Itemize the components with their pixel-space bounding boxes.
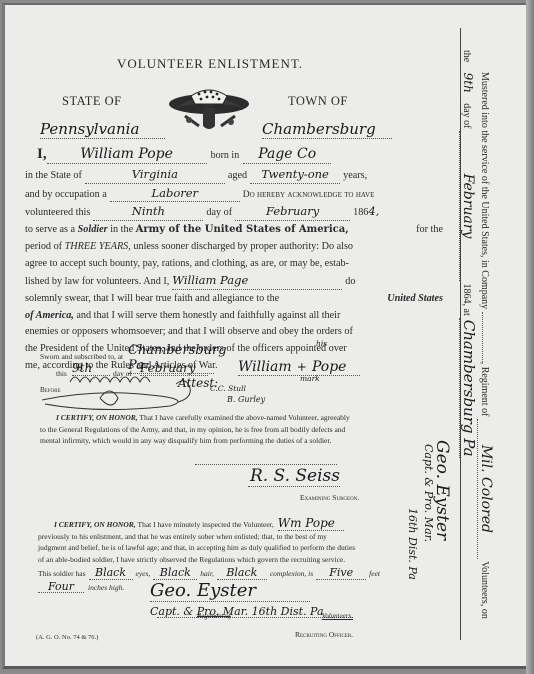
muster-signature: Geo. Eyster [432, 440, 452, 540]
do-label: do [345, 274, 355, 291]
company-blank [482, 312, 483, 362]
eagle-emblem-icon [165, 82, 253, 138]
signer-mark: + [297, 360, 307, 374]
year-suffix: 4, [368, 203, 379, 220]
agree-line: agree to accept such bounty, pay, ration… [25, 256, 349, 273]
volunteer-signature: William + Pope [238, 356, 360, 376]
soldier-has-label: This soldier has [38, 568, 86, 580]
inspected-volunteer-name: Wm Pope [278, 518, 344, 531]
feet-value: Five [316, 567, 366, 580]
state-label: STATE OF [62, 94, 122, 109]
muster-day-of-label: day of [461, 103, 472, 128]
his-label: his [316, 339, 327, 348]
muster-day-value: 9th [460, 65, 475, 101]
state-value: Pennsylvania [40, 120, 165, 139]
muster-text-mid: , Regiment of [479, 362, 490, 417]
occupation-value: Laborer [110, 185, 240, 203]
muster-regiment-value: Mil. Colored [477, 419, 494, 559]
mark-label: mark [300, 374, 320, 383]
muster-text-prefix: Mustered into the service of the United … [479, 72, 490, 309]
birth-state-value: Virginia [85, 166, 225, 184]
muster-line-1: Mustered into the service of the United … [477, 72, 494, 619]
town-value: Chambersburg [262, 120, 392, 139]
surgeon-text-2: to the General Regulations of the Army, … [40, 424, 440, 436]
born-in-label: born in [211, 148, 240, 165]
muster-signature-dist: 16th Dist. Pa [406, 508, 419, 580]
feet-label: feet [369, 568, 380, 580]
muster-the-label: the [461, 50, 472, 62]
lished-prefix: lished by law for volunteers. And I, [25, 274, 169, 291]
surgeon-certify-prefix: I CERTIFY, ON HONOR, [56, 413, 138, 422]
muster-year-label: 1864, at [461, 284, 472, 316]
age-value: Twenty-one [250, 166, 340, 184]
recruiter-text-1: That I have minutely inspected the Volun… [138, 519, 274, 531]
serve-text-3: for the [416, 222, 443, 239]
regiment-of-label: Regiment of [197, 611, 231, 623]
hair-label: hair, [200, 568, 214, 580]
of-america-text: of America, [25, 308, 74, 325]
serve-text: to serve as a [25, 224, 75, 235]
surgeon-certification: I CERTIFY, ON HONOR, That I have careful… [40, 412, 440, 447]
muster-place-value: Chambersburg Pa [459, 318, 478, 458]
recruiter-text-4: of an able-bodied soldier, I have strict… [38, 554, 443, 566]
recruiter-signature: Geo. Eyster [150, 580, 310, 602]
year-prefix: 186 [353, 205, 368, 222]
period-rest: unless sooner discharged by proper autho… [133, 239, 353, 256]
period-prefix: period of [25, 239, 62, 256]
volunteered-label: volunteered this [25, 205, 90, 222]
surgeon-signature-line-top [195, 464, 337, 465]
army-text: Army of the United States of America, [136, 224, 349, 235]
eyes-label: eyes, [136, 568, 151, 580]
complexion-label: complexion, is [270, 568, 313, 580]
serve-text-2: in the [110, 224, 133, 235]
muster-text-suffix: Volunteers, on [479, 561, 490, 619]
i-label: I, [37, 146, 47, 163]
surgeon-text-3: mental infirmity, which would in any way… [40, 435, 440, 447]
signer-last-name: Pope [312, 359, 347, 375]
witness-1: C.C. Stull [210, 384, 246, 393]
enlistment-body: I, William Pope born in Page Co in the S… [25, 146, 443, 374]
faith-text: and that I will serve them honestly and … [76, 308, 340, 325]
enlist-day-value: Ninth [93, 203, 203, 221]
recruiting-officer-title: Recruiting Officer. [295, 629, 353, 641]
three-years-text: THREE YEARS, [65, 239, 131, 256]
town-label: TOWN OF [288, 94, 348, 109]
eyes-value: Black [89, 567, 133, 580]
witness-2: B. Gurley [227, 395, 265, 404]
oath-name-value: William Page [172, 272, 342, 290]
page-edge-shadow [526, 0, 534, 674]
swear-text: solemnly swear, that I will bear true fa… [25, 291, 279, 308]
acknowledge-label: Do hereby acknowledge to have [243, 187, 375, 204]
surgeon-text-1: That I have carefully examined the above… [139, 413, 349, 422]
united-states-text: United States [387, 291, 443, 308]
signer-first-name: William [238, 359, 292, 375]
inches-label: inches high. [88, 582, 124, 594]
complexion-value: Black [217, 567, 267, 580]
occupation-label: and by occupation a [25, 187, 107, 204]
recruiter-certify-prefix: I CERTIFY, ON HONOR, [54, 519, 136, 531]
state-of-label: in the State of [25, 168, 82, 185]
inches-value: Four [38, 581, 84, 594]
enemies-line: enemies or opposers whomsoever; and that… [25, 324, 353, 341]
volunteer-name: William Pope [47, 146, 207, 164]
muster-line-2: the 9th day of February 1864, at Chamber… [459, 50, 478, 458]
surgeon-signature: R. S. Seiss [248, 466, 340, 487]
born-in-value: Page Co [243, 146, 331, 164]
surgeon-title: Examining Surgeon. [300, 492, 359, 504]
volunteers-label: Volunteers. [322, 611, 353, 623]
muster-month-value: February [459, 131, 476, 281]
form-code: (A. G. O. No. 74 & 76.) [36, 632, 98, 644]
regiment-line: Regiment of Volunteers. [157, 617, 353, 618]
recruiter-text-2: previously to his enlistment, and that h… [38, 531, 443, 543]
hair-value: Black [153, 567, 197, 580]
soldier-text: Soldier [78, 224, 108, 235]
aged-label: aged [228, 168, 247, 185]
document-title: VOLUNTEER ENLISTMENT. [0, 56, 420, 72]
muster-signature-title: Capt. & Pro. Mar. [422, 444, 435, 542]
day-of-label: day of [206, 205, 232, 222]
enlist-month-value: February [235, 203, 350, 221]
recruiter-text-3: judgment and belief, he is of lawful age… [38, 542, 443, 554]
years-label: years, [343, 168, 367, 185]
